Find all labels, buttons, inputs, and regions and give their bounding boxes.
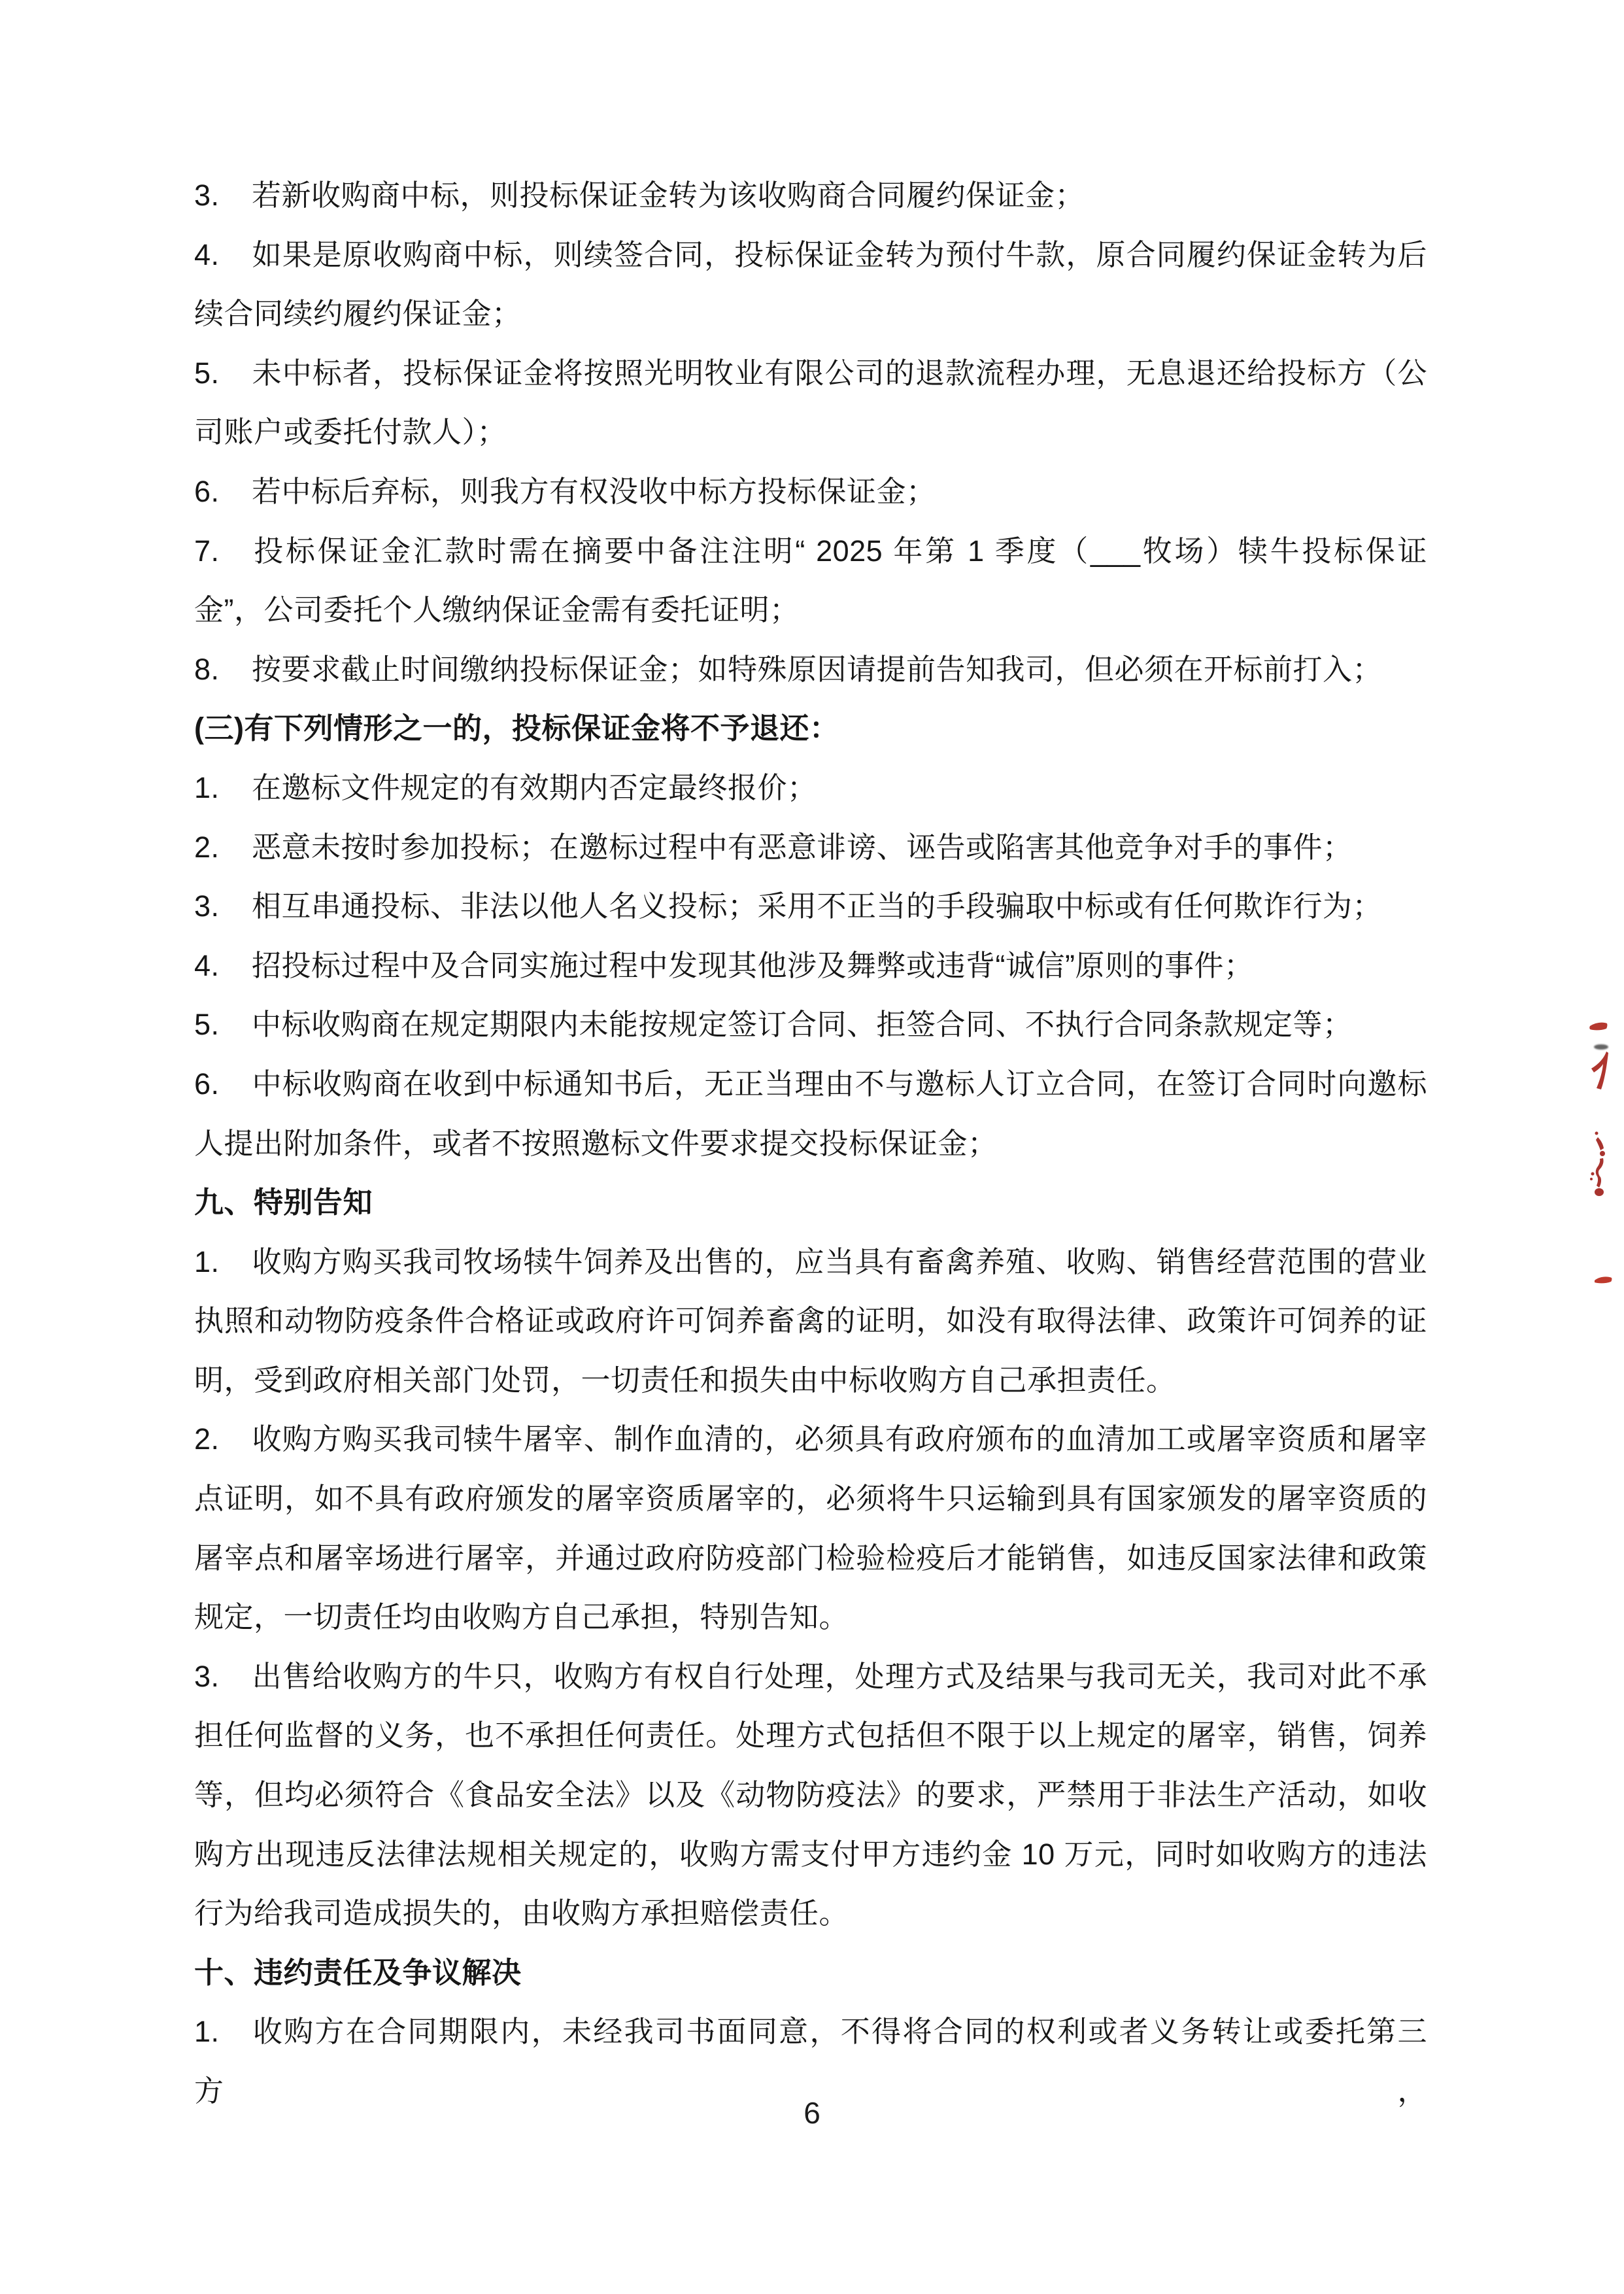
text-line: 3.出售给收购方的牛只，收购方有权自行处理，处理方式及结果与我司无关，我司对此不… — [194, 1647, 1427, 1707]
document-body: 3.若新收购商中标，则投标保证金转为该收购商合同履约保证金；4.如果是原收购商中… — [194, 166, 1427, 2121]
list-marker: 3. — [194, 166, 252, 226]
list-marker: 2. — [194, 818, 252, 878]
document-page: 3.若新收购商中标，则投标保证金转为该收购商合同履约保证金；4.如果是原收购商中… — [0, 0, 1624, 2294]
text-line: 人提出附加条件，或者不按照邀标文件要求提交投标保证金； — [194, 1114, 1427, 1174]
list-marker: 1. — [194, 1233, 252, 1292]
section-heading: (三)有下列情形之一的，投标保证金将不予退还： — [194, 699, 1427, 759]
text-line: 3.相互串通投标、非法以他人名义投标；采用不正当的手段骗取中标或有任何欺诈行为； — [194, 877, 1427, 936]
list-item: 2.收购方购买我司犊牛屠宰、制作血清的，必须具有政府颁布的血清加工或屠宰资质和屠… — [194, 1410, 1427, 1647]
text-line: 2.收购方购买我司犊牛屠宰、制作血清的，必须具有政府颁布的血清加工或屠宰资质和屠… — [194, 1410, 1427, 1469]
list-item: 4.招投标过程中及合同实施过程中发现其他涉及舞弊或违背“诚信”原则的事件； — [194, 936, 1427, 996]
list-marker: 4. — [194, 226, 252, 285]
text-line: 点证明，如不具有政府颁发的屠宰资质屠宰的，必须将牛只运输到具有国家颁发的屠宰资质… — [194, 1469, 1427, 1529]
text-line: 1.收购方购买我司牧场犊牛饲养及出售的，应当具有畜禽养殖、收购、销售经营范围的营… — [194, 1233, 1427, 1292]
list-item: 6.中标收购商在收到中标通知书后，无正当理由不与邀标人订立合同，在签订合同时向邀… — [194, 1055, 1427, 1173]
red-ink-stroke-icon — [1589, 1051, 1609, 1090]
list-item: 5.未中标者，投标保证金将按照光明牧业有限公司的退款流程办理，无息退还给投标方（… — [194, 344, 1427, 462]
text-line: 规定，一切责任均由收购方自己承担，特别告知。 — [194, 1588, 1427, 1647]
list-marker: 7. — [194, 522, 252, 581]
text-line: 7.投标保证金汇款时需在摘要中备注注明“ 2025 年第 1 季度（___牧场）… — [194, 522, 1427, 581]
list-marker: 1. — [194, 2002, 252, 2062]
text-line: 等，但均必须符合《食品安全法》以及《动物防疫法》的要求，严禁用于非法生产活动，如… — [194, 1766, 1427, 1825]
list-item: 2.恶意未按时参加投标；在邀标过程中有恶意诽谤、诬告或陷害其他竞争对手的事件； — [194, 818, 1427, 878]
text-line: 8.按要求截止时间缴纳投标保证金；如特殊原因请提前告知我司，但必须在开标前打入； — [194, 640, 1427, 700]
text-line: 司账户或委托付款人）； — [194, 403, 1427, 462]
text-line: 行为给我司造成损失的，由收购方承担赔偿责任。 — [194, 1884, 1427, 1943]
list-marker: 1. — [194, 759, 252, 818]
list-marker: 5. — [194, 344, 252, 403]
list-marker: 3. — [194, 877, 252, 936]
red-ink-scribble-icon — [1589, 1131, 1610, 1197]
red-ink-dash-icon — [1588, 1020, 1609, 1033]
list-marker: 6. — [194, 462, 252, 522]
text-line: 3.若新收购商中标，则投标保证金转为该收购商合同履约保证金； — [194, 166, 1427, 226]
text-line: 4.如果是原收购商中标，则续签合同，投标保证金转为预付牛款，原合同履约保证金转为… — [194, 226, 1427, 285]
text-line: 5.未中标者，投标保证金将按照光明牧业有限公司的退款流程办理，无息退还给投标方（… — [194, 344, 1427, 403]
section-heading: 十、违约责任及争议解决 — [194, 1943, 1427, 2003]
list-item: 8.按要求截止时间缴纳投标保证金；如特殊原因请提前告知我司，但必须在开标前打入； — [194, 640, 1427, 700]
list-item: 6.若中标后弃标，则我方有权没收中标方投标保证金； — [194, 462, 1427, 522]
list-item: 4.如果是原收购商中标，则续签合同，投标保证金转为预付牛款，原合同履约保证金转为… — [194, 226, 1427, 344]
text-line: 2.恶意未按时参加投标；在邀标过程中有恶意诽谤、诬告或陷害其他竞争对手的事件； — [194, 818, 1427, 878]
list-marker: 3. — [194, 1647, 252, 1707]
text-line: 续合同续约履约保证金； — [194, 284, 1427, 344]
text-line: 明，受到政府相关部门处罚，一切责任和损失由中标收购方自己承担责任。 — [194, 1351, 1427, 1411]
list-item: 3.若新收购商中标，则投标保证金转为该收购商合同履约保证金； — [194, 166, 1427, 226]
text-line: 执照和动物防疫条件合格证或政府许可饲养畜禽的证明，如没有取得法律、政策许可饲养的… — [194, 1292, 1427, 1351]
text-line: 6.若中标后弃标，则我方有权没收中标方投标保证金； — [194, 462, 1427, 522]
red-ink-dash-icon — [1593, 1274, 1613, 1284]
text-line: 1.在邀标文件规定的有效期内否定最终报价； — [194, 759, 1427, 818]
gray-ink-dash-icon — [1593, 1043, 1609, 1051]
text-line: 担任何监督的义务，也不承担任何责任。处理方式包括但不限于以上规定的屠宰，销售，饲… — [194, 1706, 1427, 1766]
list-item: 1.收购方购买我司牧场犊牛饲养及出售的，应当具有畜禽养殖、收购、销售经营范围的营… — [194, 1233, 1427, 1411]
list-marker: 6. — [194, 1055, 252, 1114]
text-line: 4.招投标过程中及合同实施过程中发现其他涉及舞弊或违背“诚信”原则的事件； — [194, 936, 1427, 996]
list-item: 5.中标收购商在规定期限内未能按规定签订合同、拒签合同、不执行合同条款规定等； — [194, 995, 1427, 1055]
list-item: 7.投标保证金汇款时需在摘要中备注注明“ 2025 年第 1 季度（___牧场）… — [194, 522, 1427, 640]
text-line: 屠宰点和屠宰场进行屠宰，并通过政府防疫部门检验检疫后才能销售，如违反国家法律和政… — [194, 1529, 1427, 1588]
section-heading: 九、特别告知 — [194, 1173, 1427, 1233]
list-item: 3.相互串通投标、非法以他人名义投标；采用不正当的手段骗取中标或有任何欺诈行为； — [194, 877, 1427, 936]
text-line: 购方出现违反法律法规相关规定的，收购方需支付甲方违约金 10 万元，同时如收购方… — [194, 1825, 1427, 1885]
list-marker: 4. — [194, 936, 252, 996]
text-line: (三)有下列情形之一的，投标保证金将不予退还： — [194, 699, 1427, 759]
list-item: 1.在邀标文件规定的有效期内否定最终报价； — [194, 759, 1427, 818]
list-marker: 5. — [194, 995, 252, 1055]
list-marker: 2. — [194, 1410, 252, 1469]
page-number: 6 — [0, 2098, 1624, 2128]
text-line: 九、特别告知 — [194, 1173, 1427, 1233]
text-line: 十、违约责任及争议解决 — [194, 1943, 1427, 2003]
list-item: 3.出售给收购方的牛只，收购方有权自行处理，处理方式及结果与我司无关，我司对此不… — [194, 1647, 1427, 1943]
text-line: 金”，公司委托个人缴纳保证金需有委托证明； — [194, 581, 1427, 640]
text-line: 5.中标收购商在规定期限内未能按规定签订合同、拒签合同、不执行合同条款规定等； — [194, 995, 1427, 1055]
text-line: 6.中标收购商在收到中标通知书后，无正当理由不与邀标人订立合同，在签订合同时向邀… — [194, 1055, 1427, 1114]
list-marker: 8. — [194, 640, 252, 700]
